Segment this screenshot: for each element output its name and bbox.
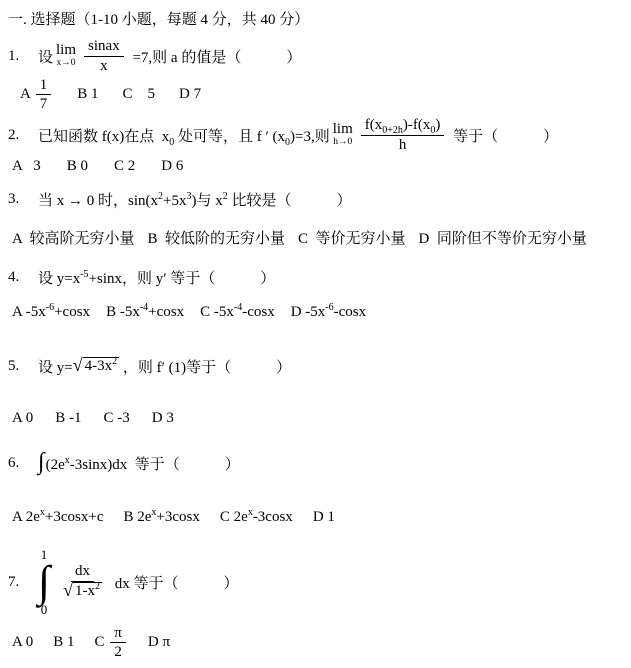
superscript: -6: [46, 302, 54, 313]
limit-subscript: x→0: [57, 59, 76, 69]
fraction: 1 7: [36, 76, 52, 113]
text-segment: 当 x: [38, 193, 68, 209]
question-4-number: 4.: [8, 269, 38, 286]
text-segment: 1-x: [75, 583, 95, 599]
superscript: -5: [80, 269, 88, 280]
integral-sign: ∫: [38, 561, 50, 603]
text-segment: )=3,则: [290, 129, 330, 145]
subscript: 0+2h: [382, 125, 403, 136]
text-segment: -cosx: [334, 304, 367, 320]
fraction-numerator: π: [110, 624, 126, 643]
question-2-text-after: 等于（ ）: [449, 125, 558, 146]
question-2-options: A 3 B 0 C 2 D 6: [8, 157, 627, 175]
question-5-text: 设 y=: [38, 356, 73, 377]
text-segment: D -5x: [291, 304, 326, 320]
question-5-text-after: ，则 f′ (1)等于（ ）: [119, 356, 291, 377]
superscript: -4: [140, 302, 148, 313]
option-b: B 较低阶的无穷小量: [148, 227, 286, 248]
question-5-number: 5.: [8, 358, 38, 375]
question-7-text-after: dx 等于（ ）: [111, 572, 239, 593]
option-b: B 0: [67, 158, 88, 175]
option-a-label: A: [20, 86, 34, 103]
text-segment: +cosx: [148, 304, 184, 320]
arrow-right: →: [68, 193, 83, 209]
superscript: -6: [325, 302, 333, 313]
superscript: 2: [95, 581, 100, 592]
option-d: D 6: [161, 158, 183, 175]
fraction: f(x0+2h)-f(x0) h: [361, 116, 445, 155]
question-6: 6. ∫ (2ex-3sinx)dx 等于（ ）: [8, 449, 627, 477]
text-segment: A 2e: [12, 509, 40, 525]
text-segment: -cosx: [242, 304, 275, 320]
text-segment: 等于（ ）: [127, 457, 240, 473]
question-6-options: A 2ex+3cosx+c B 2ex+3cosx C 2ex-3cosx D …: [8, 507, 627, 527]
question-7-number: 7.: [8, 574, 38, 591]
question-3-options: A 较高阶无穷小量 B 较低阶的无穷小量 C 等价无穷小量 D 同阶但不等价无穷…: [8, 227, 627, 247]
question-1-text-after: =7,则 a 的值是（ ）: [129, 46, 302, 67]
option-d: D π: [148, 634, 170, 651]
fraction-denominator: 2: [110, 643, 126, 661]
text-segment: +sinx，则 y′ 等于（ ）: [89, 271, 276, 287]
limit-notation: lim x→0: [56, 43, 76, 69]
fraction-denominator: x: [96, 57, 112, 76]
text-segment: +3cosx: [156, 509, 199, 525]
fraction-numerator: 1: [36, 76, 52, 95]
fraction-denominator: h: [395, 136, 411, 155]
option-c: C -3: [104, 410, 130, 427]
fraction-denominator: 7: [36, 95, 52, 113]
option-a: A 3: [12, 158, 41, 175]
radical-sign: √: [63, 581, 73, 599]
option-d: D 同阶但不等价无穷小量: [419, 227, 587, 248]
option-d: D 1: [313, 509, 335, 526]
exam-document: 一. 选择题（1-10 小题，每题 4 分，共 40 分） 1. 设 lim x…: [0, 0, 631, 659]
text-segment: C -5x: [200, 304, 234, 320]
question-2-text: 已知函数 f(x)在点 x0 处可等，且 f ′ (x0)=3,则: [38, 125, 330, 146]
option-b: B 1: [77, 86, 98, 103]
question-1-text: 设: [38, 46, 53, 67]
option-b: B -5x-4+cosx: [106, 304, 184, 321]
fraction: dx √ 1-x2: [59, 562, 106, 603]
text-segment: ): [435, 117, 440, 133]
fraction-numerator: dx: [71, 562, 94, 582]
option-a: A 2ex+3cosx+c: [12, 509, 104, 526]
question-1-number: 1.: [8, 48, 38, 65]
text-segment: )与 x: [192, 193, 223, 209]
limit-notation: lim h→0: [333, 122, 353, 148]
question-7-options: A 0 B 1 C π 2 D π: [8, 625, 627, 659]
option-b: B -1: [55, 410, 81, 427]
square-root: √ 4-3x2: [73, 357, 119, 375]
text-segment: )-f(x: [403, 117, 430, 133]
text-segment: +cosx: [54, 304, 90, 320]
option-c: C 5: [123, 86, 156, 103]
fraction: π 2: [110, 624, 126, 661]
option-c: C π 2: [95, 624, 128, 661]
question-2-number: 2.: [8, 127, 38, 144]
question-4-text: 设 y=x-5+sinx，则 y′ 等于（ ）: [38, 267, 275, 288]
question-3-text: 当 x → 0 时，sin(x2+5x3)与 x2 比较是（ ）: [38, 189, 352, 210]
option-d: D -5x-6-cosx: [291, 304, 366, 321]
question-2: 2. 已知函数 f(x)在点 x0 处可等，且 f ′ (x0)=3,则 lim…: [8, 116, 627, 154]
text-segment: (2e: [46, 457, 65, 473]
text-segment: 设 y=x: [38, 271, 80, 287]
question-6-number: 6.: [8, 455, 38, 472]
text-segment: +5x: [163, 193, 186, 209]
option-b: B 1: [53, 634, 74, 651]
option-a: A 较高阶无穷小量: [12, 227, 135, 248]
option-a: A 0: [12, 410, 33, 427]
question-4: 4. 设 y=x-5+sinx，则 y′ 等于（ ）: [8, 267, 627, 287]
limit-word: lim: [333, 122, 353, 137]
fraction-denominator: √ 1-x2: [59, 582, 106, 603]
definite-integral: 1 ∫ 0: [38, 548, 50, 616]
limit-subscript: h→0: [333, 138, 352, 148]
superscript: 2: [112, 356, 117, 367]
fraction-numerator: sinax: [84, 37, 124, 57]
question-5: 5. 设 y= √ 4-3x2 ，则 f′ (1)等于（ ）: [8, 351, 627, 381]
superscript: -4: [234, 302, 242, 313]
fraction: sinax x: [84, 37, 124, 76]
integral-lower-bound: 0: [41, 603, 48, 616]
question-3-number: 3.: [8, 191, 38, 208]
text-segment: -3cosx: [253, 509, 293, 525]
radicand: 1-x2: [73, 582, 102, 600]
option-a: A -5x-6+cosx: [12, 304, 90, 321]
integral-sign: ∫: [38, 452, 45, 474]
option-c: C 等价无穷小量: [298, 227, 406, 248]
text-segment: 比较是（ ）: [228, 193, 352, 209]
text-segment: B 2e: [124, 509, 152, 525]
radical-sign: √: [73, 356, 83, 374]
text-segment: C 2e: [220, 509, 248, 525]
text-segment: A -5x: [12, 304, 46, 320]
option-a: A 1 7: [20, 76, 53, 113]
text-segment: 已知函数 f(x)在点 x: [38, 129, 169, 145]
text-segment: -3sinx)dx: [70, 457, 128, 473]
text-segment: f(x: [365, 117, 383, 133]
section-title: 一. 选择题（1-10 小题，每题 4 分，共 40 分）: [8, 10, 627, 30]
text-segment: B -5x: [106, 304, 140, 320]
question-1-options: A 1 7 B 1 C 5 D 7: [8, 78, 627, 110]
question-6-text: (2ex-3sinx)dx 等于（ ）: [46, 453, 240, 474]
limit-word: lim: [56, 43, 76, 58]
option-c: C -5x-4-cosx: [200, 304, 275, 321]
question-7: 7. 1 ∫ 0 dx √ 1-x2 dx 等于（ ）: [8, 543, 627, 621]
text-segment: 0 时，sin(x: [83, 193, 158, 209]
option-a: A 0: [12, 634, 33, 651]
fraction-numerator: f(x0+2h)-f(x0): [361, 116, 445, 136]
option-b: B 2ex+3cosx: [124, 509, 200, 526]
option-c-label: C: [95, 634, 109, 651]
question-1: 1. 设 lim x→0 sinax x =7,则 a 的值是（ ）: [8, 38, 627, 74]
question-3: 3. 当 x → 0 时，sin(x2+5x3)与 x2 比较是（ ）: [8, 189, 627, 209]
option-d: D 7: [179, 86, 201, 103]
text-segment: 处可等，且 f ′ (x: [174, 129, 285, 145]
question-5-options: A 0 B -1 C -3 D 3: [8, 409, 627, 427]
option-c: C 2ex-3cosx: [220, 509, 293, 526]
text-segment: 4-3x: [85, 358, 113, 374]
option-d: D 3: [152, 410, 174, 427]
square-root: √ 1-x2: [63, 582, 102, 600]
radicand: 4-3x2: [83, 357, 120, 375]
text-segment: +3cosx+c: [45, 509, 104, 525]
question-4-options: A -5x-6+cosx B -5x-4+cosx C -5x-4-cosx D…: [8, 303, 627, 321]
option-c: C 2: [114, 158, 135, 175]
